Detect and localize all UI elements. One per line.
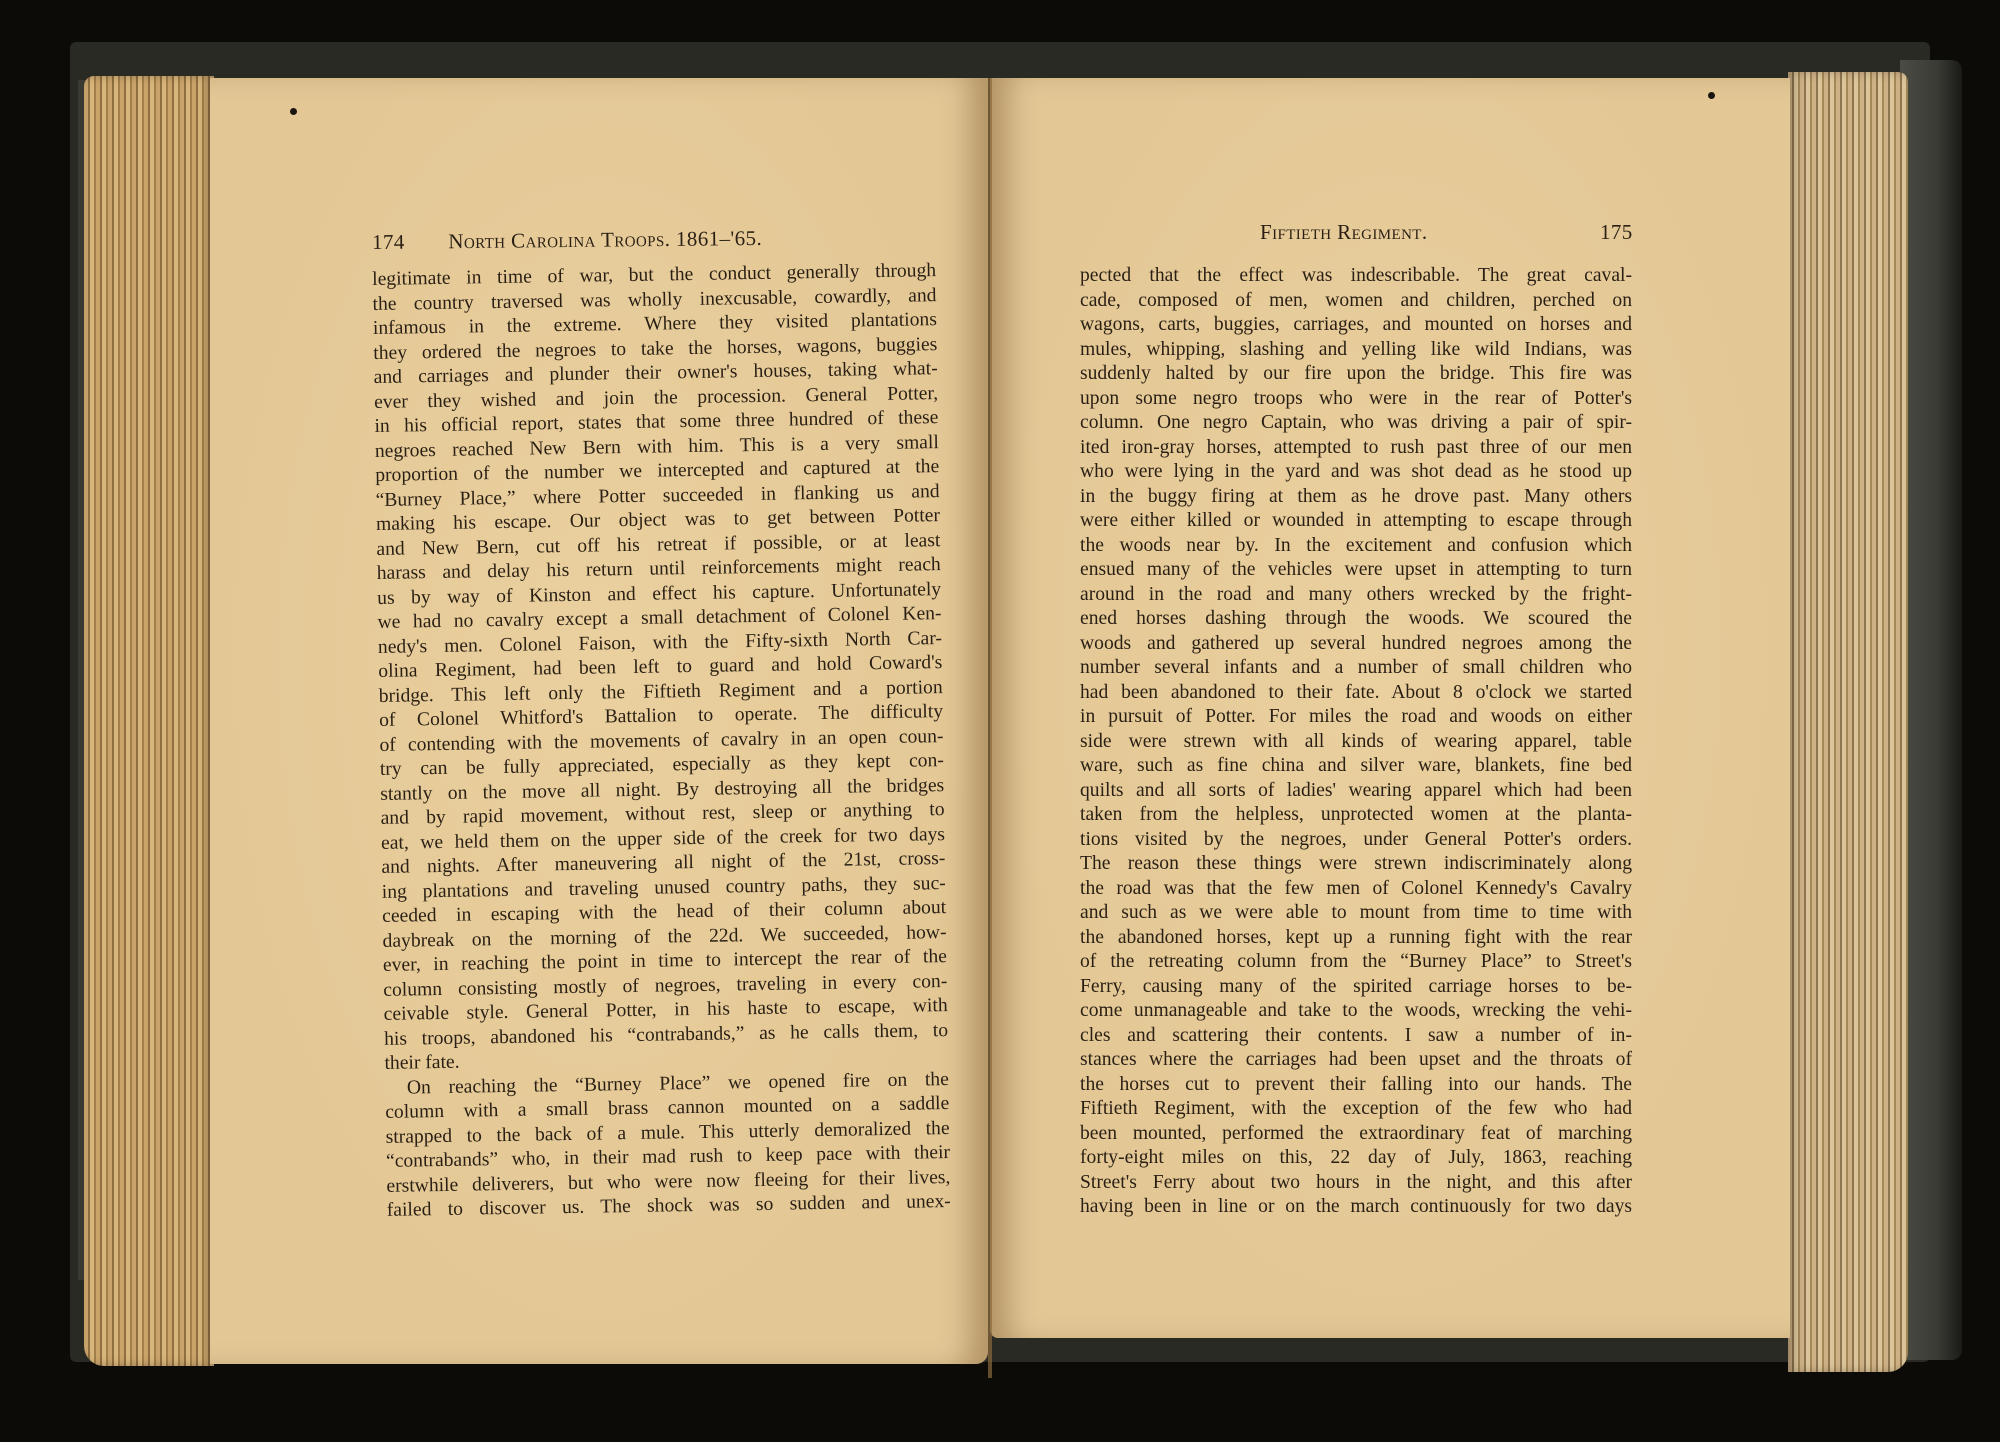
text-line: the abandoned horses, kept up a running …	[1080, 926, 1632, 951]
page-number: 174	[372, 230, 405, 254]
text-line: wagons, carts, buggies, carriages, and m…	[1080, 313, 1632, 338]
text-line: Street's Ferry about two hours in the ni…	[1080, 1171, 1632, 1196]
print-mark-dot	[290, 108, 297, 115]
text-line: number several infants and a number of s…	[1080, 656, 1632, 681]
text-line: the woods near by. In the excitement and…	[1080, 534, 1632, 559]
text-line: cles and scattering their contents. I sa…	[1080, 1024, 1632, 1049]
text-line: ware, such as fine china and silver ware…	[1080, 754, 1632, 779]
text-line: the road was that the few men of Colonel…	[1080, 877, 1632, 902]
text-line: column. One negro Captain, who was drivi…	[1080, 411, 1632, 436]
page-edges-right	[1788, 72, 1908, 1372]
text-line: woods and gathered up several hundred ne…	[1080, 632, 1632, 657]
text-line: upon some negro troops who were in the r…	[1080, 387, 1632, 412]
text-line: ensued many of the vehicles were upset i…	[1080, 558, 1632, 583]
text-line: cade, composed of men, women and childre…	[1080, 289, 1632, 314]
text-line: ited iron-gray horses, attempted to rush…	[1080, 436, 1632, 461]
text-line: in pursuit of Potter. For miles the road…	[1080, 705, 1632, 730]
text-line: the horses cut to prevent their falling …	[1080, 1073, 1632, 1098]
book-gutter	[988, 78, 992, 1378]
text-line: come unmanageable and take to the woods,…	[1080, 999, 1632, 1024]
text-line: quilts and all sorts of ladies' wearing …	[1080, 779, 1632, 804]
text-line: were either killed or wounded in attempt…	[1080, 509, 1632, 534]
text-line: been mounted, performed the extraordinar…	[1080, 1122, 1632, 1147]
text-line: mules, whipping, slashing and yelling li…	[1080, 338, 1632, 363]
right-page-body-text: pected that the effect was indescribable…	[1080, 264, 1632, 1220]
left-page: 174 North Carolina Troops. 1861–'65. leg…	[210, 78, 988, 1364]
text-line: who were lying in the yard and was shot …	[1080, 460, 1632, 485]
text-line: Fiftieth Regiment, with the exception of…	[1080, 1097, 1632, 1122]
left-running-head: 174 North Carolina Troops. 1861–'65.	[372, 226, 762, 255]
left-page-body-text: legitimate in time of war, but the condu…	[372, 259, 951, 1223]
print-mark-dot	[1708, 92, 1715, 99]
book-cover-right-board	[1900, 60, 1962, 1360]
page-edges-left	[84, 76, 214, 1366]
text-line: and such as we were able to mount from t…	[1080, 901, 1632, 926]
running-head-title: Fiftieth Regiment.	[1260, 220, 1428, 244]
right-page: Fiftieth Regiment. 175 pected that the e…	[990, 78, 1790, 1338]
text-line: of the retreating column from the “Burne…	[1080, 950, 1632, 975]
text-line: forty-eight miles on this, 22 day of Jul…	[1080, 1146, 1632, 1171]
text-line: in the buggy firing at them as he drove …	[1080, 485, 1632, 510]
text-line: side were strewn with all kinds of weari…	[1080, 730, 1632, 755]
text-line: tions visited by the negroes, under Gene…	[1080, 828, 1632, 853]
text-line: around in the road and many others wreck…	[1080, 583, 1632, 608]
text-line: suddenly halted by our fire upon the bri…	[1080, 362, 1632, 387]
running-head-title: North Carolina Troops. 1861–'65.	[448, 226, 762, 253]
right-running-head-title: Fiftieth Regiment.	[1260, 220, 1428, 245]
text-line: stances where the carriages had been ups…	[1080, 1048, 1632, 1073]
text-line: had been abandoned to their fate. About …	[1080, 681, 1632, 706]
text-line: Ferry, causing many of the spirited carr…	[1080, 975, 1632, 1000]
text-line: taken from the helpless, unprotected wom…	[1080, 803, 1632, 828]
text-line: ened horses dashing through the woods. W…	[1080, 607, 1632, 632]
text-line: having been in line or on the march cont…	[1080, 1195, 1632, 1220]
text-line: pected that the effect was indescribable…	[1080, 264, 1632, 289]
text-line: The reason these things were strewn indi…	[1080, 852, 1632, 877]
page-number: 175	[1600, 220, 1633, 245]
